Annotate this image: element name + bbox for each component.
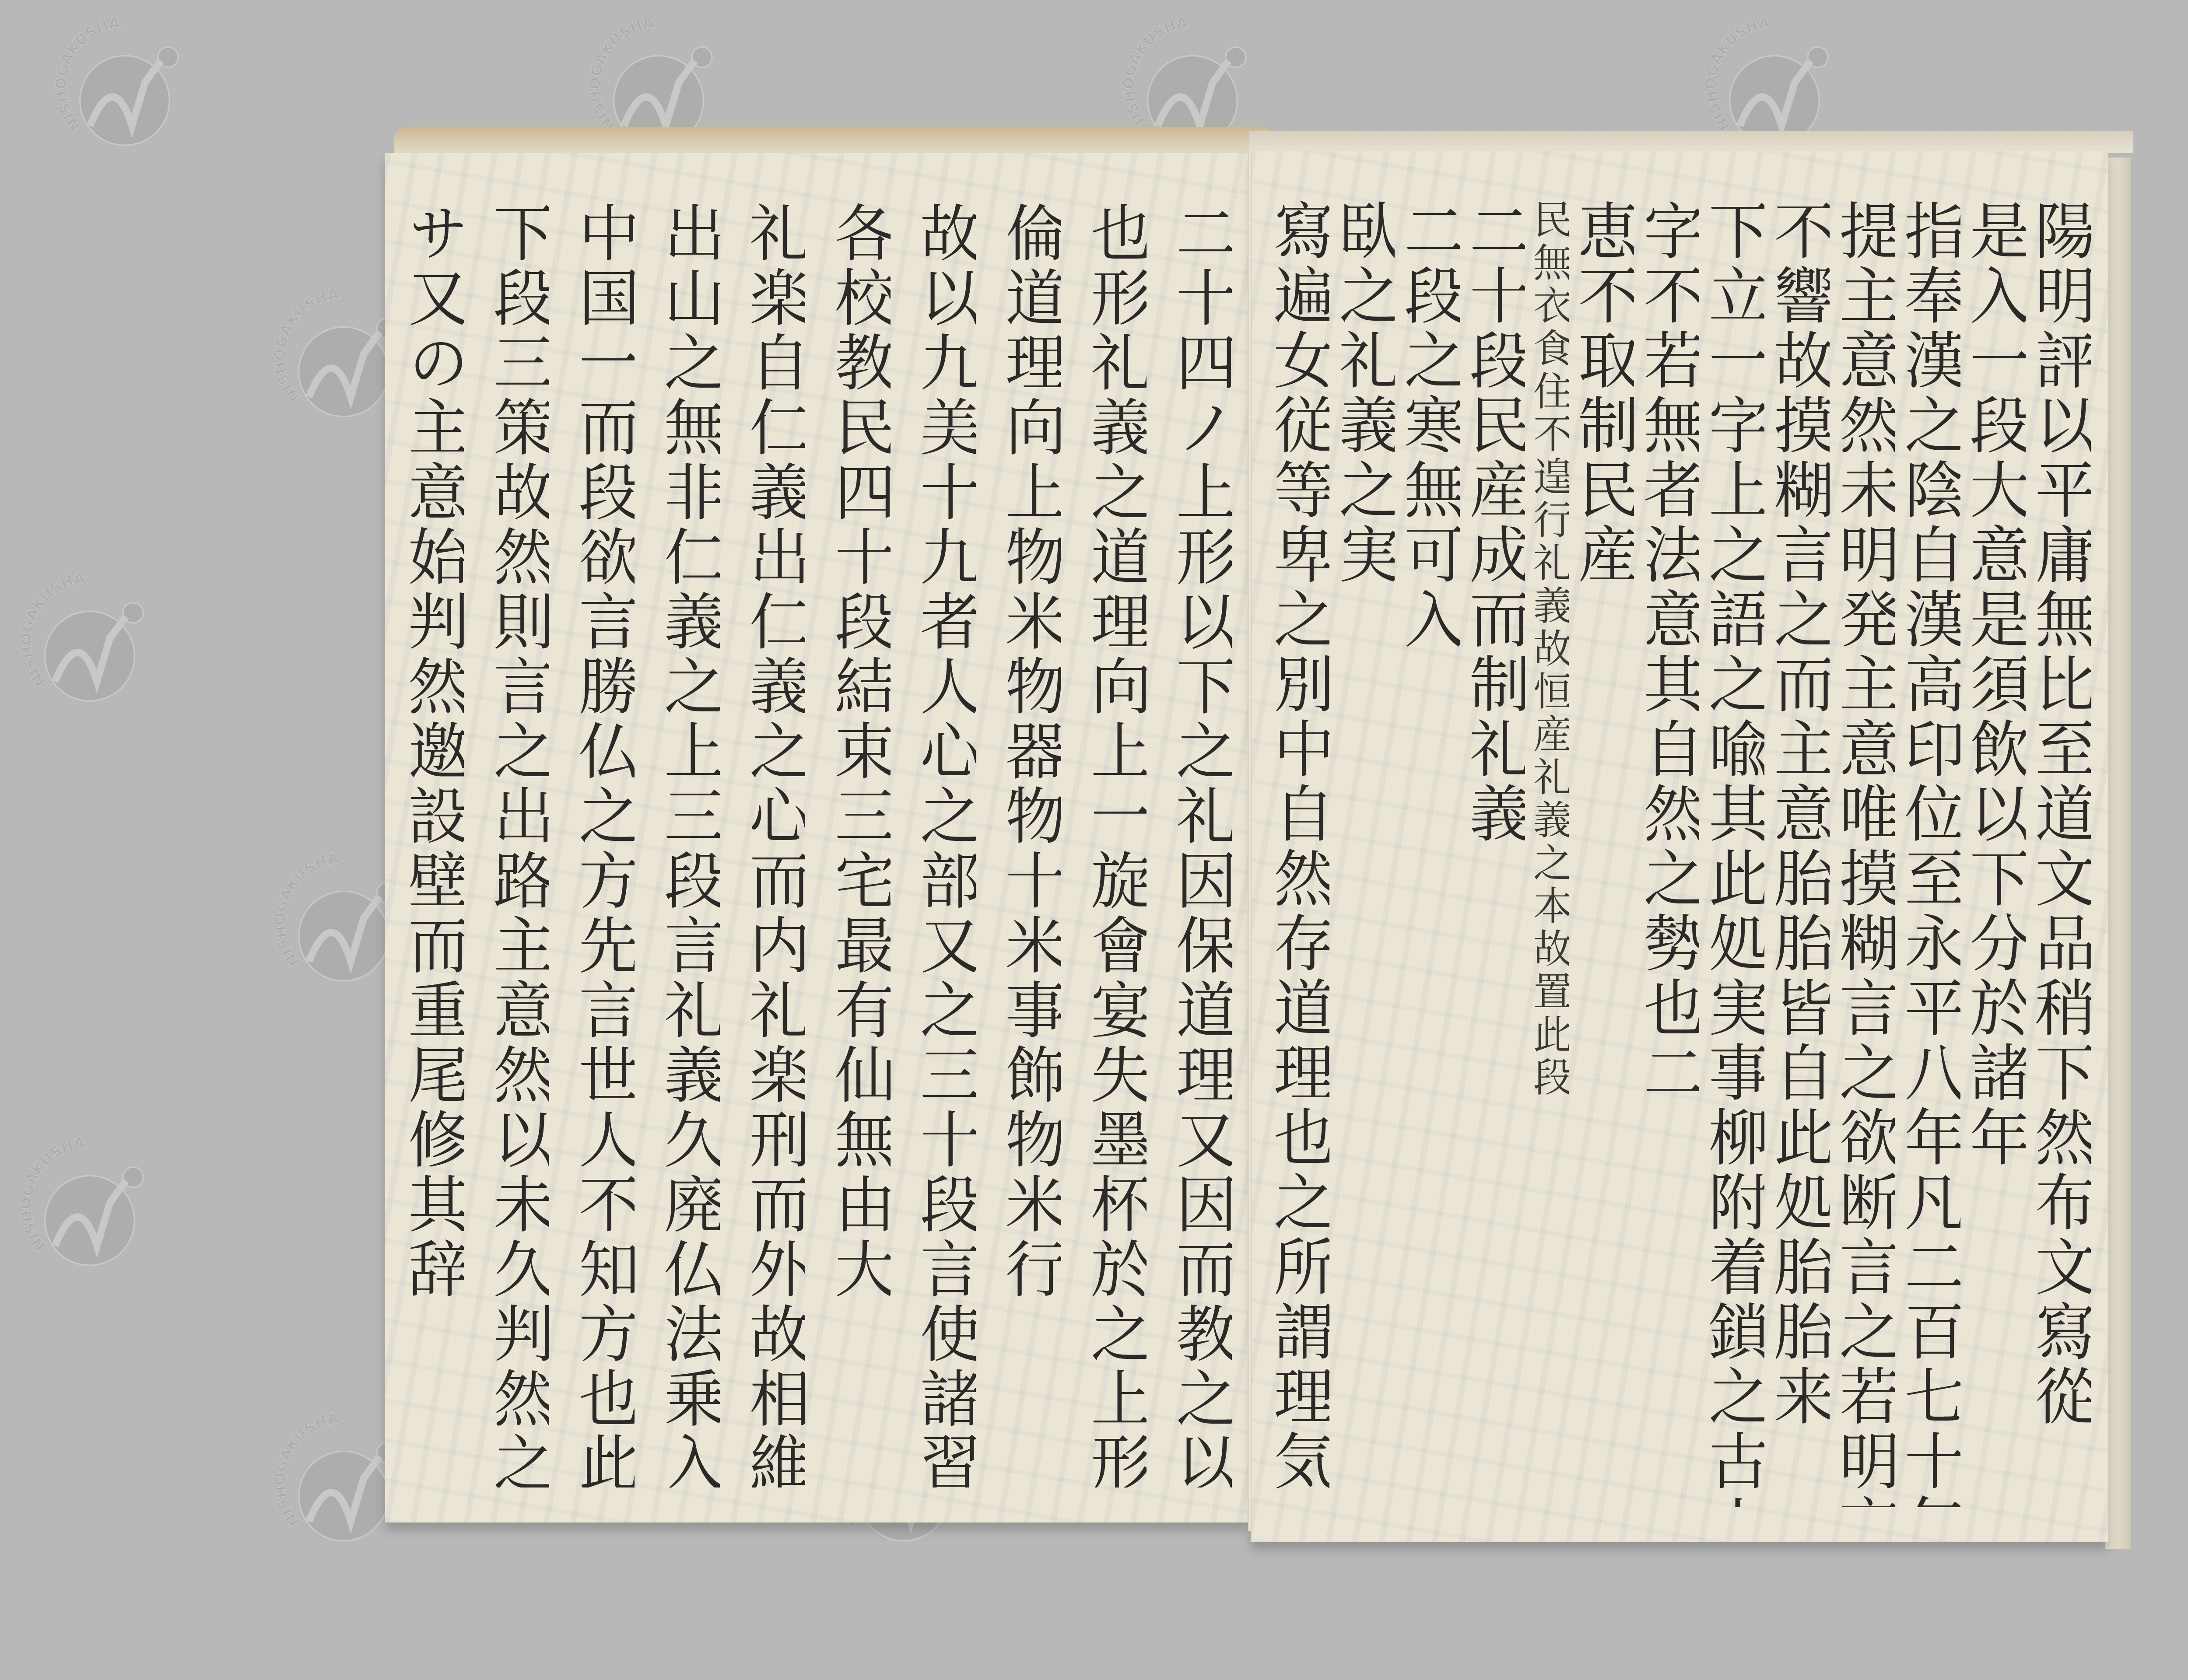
svg-text:NISHOGAKUSHA: NISHOGAKUSHA: [18, 1137, 86, 1254]
text-column: 字不若無者法意其自然之勢也二: [1638, 199, 1699, 1507]
nishogakusha-logo-icon: NISHOGAKUSHA: [18, 573, 162, 717]
left-page: 二十四ノ上形以下之礼因保道理又因而教之以下従無也形礼義之道理向上一旋會宴失墨杯於…: [385, 153, 1249, 1522]
svg-text:NISHOGAKUSHA: NISHOGAKUSHA: [271, 289, 340, 406]
open-book: 二十四ノ上形以下之礼因保道理又因而教之以下従無也形礼義之道理向上一旋會宴失墨杯於…: [385, 127, 2162, 1553]
book-top-edge-right: [1249, 131, 2133, 153]
svg-text:NISHOGAKUSHA: NISHOGAKUSHA: [53, 17, 121, 134]
text-column: 出山之無非仁義之上三段言礼義久廃仏法乗入: [659, 201, 720, 1487]
text-column: 礼楽自仁義出仁義之心而内礼楽刑而外故相維而: [744, 201, 805, 1487]
text-column: 二段之寒無可入: [1399, 199, 1460, 1507]
text-column: 恵不取制民産: [1573, 199, 1634, 1507]
text-column: 下立一字上之語之喩其此処実事柳附着鎖之古人用重: [1703, 199, 1764, 1507]
svg-text:NISHOGAKUSHA: NISHOGAKUSHA: [271, 1413, 340, 1530]
nishogakusha-logo-icon: NISHOGAKUSHA: [53, 17, 197, 162]
svg-text:NISHOGAKUSHA: NISHOGAKUSHA: [271, 853, 340, 970]
text-column: 中国一而段欲言勝仏之方先言世人不知方也此段呼起: [573, 201, 635, 1487]
text-column: 二十四ノ上形以下之礼因保道理又因而教之以下従無: [1171, 201, 1232, 1487]
text-column: 民無衣食住不遑行礼義故恒産礼義之本故置此段: [1529, 199, 1569, 1507]
left-page-text-columns: 二十四ノ上形以下之礼因保道理又因而教之以下従無也形礼義之道理向上一旋會宴失墨杯於…: [403, 201, 1232, 1487]
svg-text:NISHOGAKUSHA: NISHOGAKUSHA: [1702, 17, 1771, 134]
text-column: 二十段民産成而制礼義: [1464, 199, 1525, 1507]
svg-text:NISHOGAKUSHA: NISHOGAKUSHA: [1120, 17, 1189, 134]
book-gutter: [1248, 153, 1252, 1531]
svg-text:NISHOGAKUSHA: NISHOGAKUSHA: [586, 17, 655, 134]
nishogakusha-logo-icon: NISHOGAKUSHA: [18, 1137, 162, 1282]
text-column: 故以九美十九者人心之部又之三十段言使諸習礼義成: [915, 201, 976, 1487]
text-column: 下段三策故然則言之出路主意然以未久判然之出: [488, 201, 549, 1487]
text-column: 也形礼義之道理向上一旋會宴失墨杯於之上形以上人: [1085, 201, 1147, 1487]
text-column: サ又の主意始判然邀設壁而重尾修其辞: [403, 201, 464, 1487]
right-page-text-columns: 陽明評以平庸無比至道文品稍下然布文寫從是入一段大意是須飲以下分於諸年指奉漢之陰自…: [1268, 199, 2091, 1507]
text-column: 不響故摸糊言之而主意胎胎皆自此処胎胎来: [1768, 199, 1830, 1507]
text-column: 倫道理向上物米物器物十米事飾物米行: [1000, 201, 1061, 1487]
text-column: 是入一段大意是須飲以下分於諸年: [1964, 199, 2026, 1507]
text-column: 陽明評以平庸無比至道文品稍下然布文寫從: [2030, 199, 2091, 1507]
page-stack-edge: [2105, 157, 2131, 1549]
text-column: 寫遍女従等卑之別中自然存道理也之所謂理気: [1268, 199, 1329, 1507]
text-column: 臥之礼義之実: [1333, 199, 1395, 1507]
text-column: 指奉漢之陰自漢高印位至永平八年凡二百七十年: [1899, 199, 1960, 1507]
svg-text:NISHOGAKUSHA: NISHOGAKUSHA: [18, 573, 86, 690]
text-column: 各校教民四十段結束三宅最有仙無由大: [829, 201, 891, 1487]
text-column: 提主意然未明発主意唯摸糊言之欲断言之若明言之: [1834, 199, 1895, 1507]
right-page: 陽明評以平庸無比至道文品稍下然布文寫從是入一段大意是須飲以下分於諸年指奉漢之陰自…: [1251, 151, 2108, 1542]
